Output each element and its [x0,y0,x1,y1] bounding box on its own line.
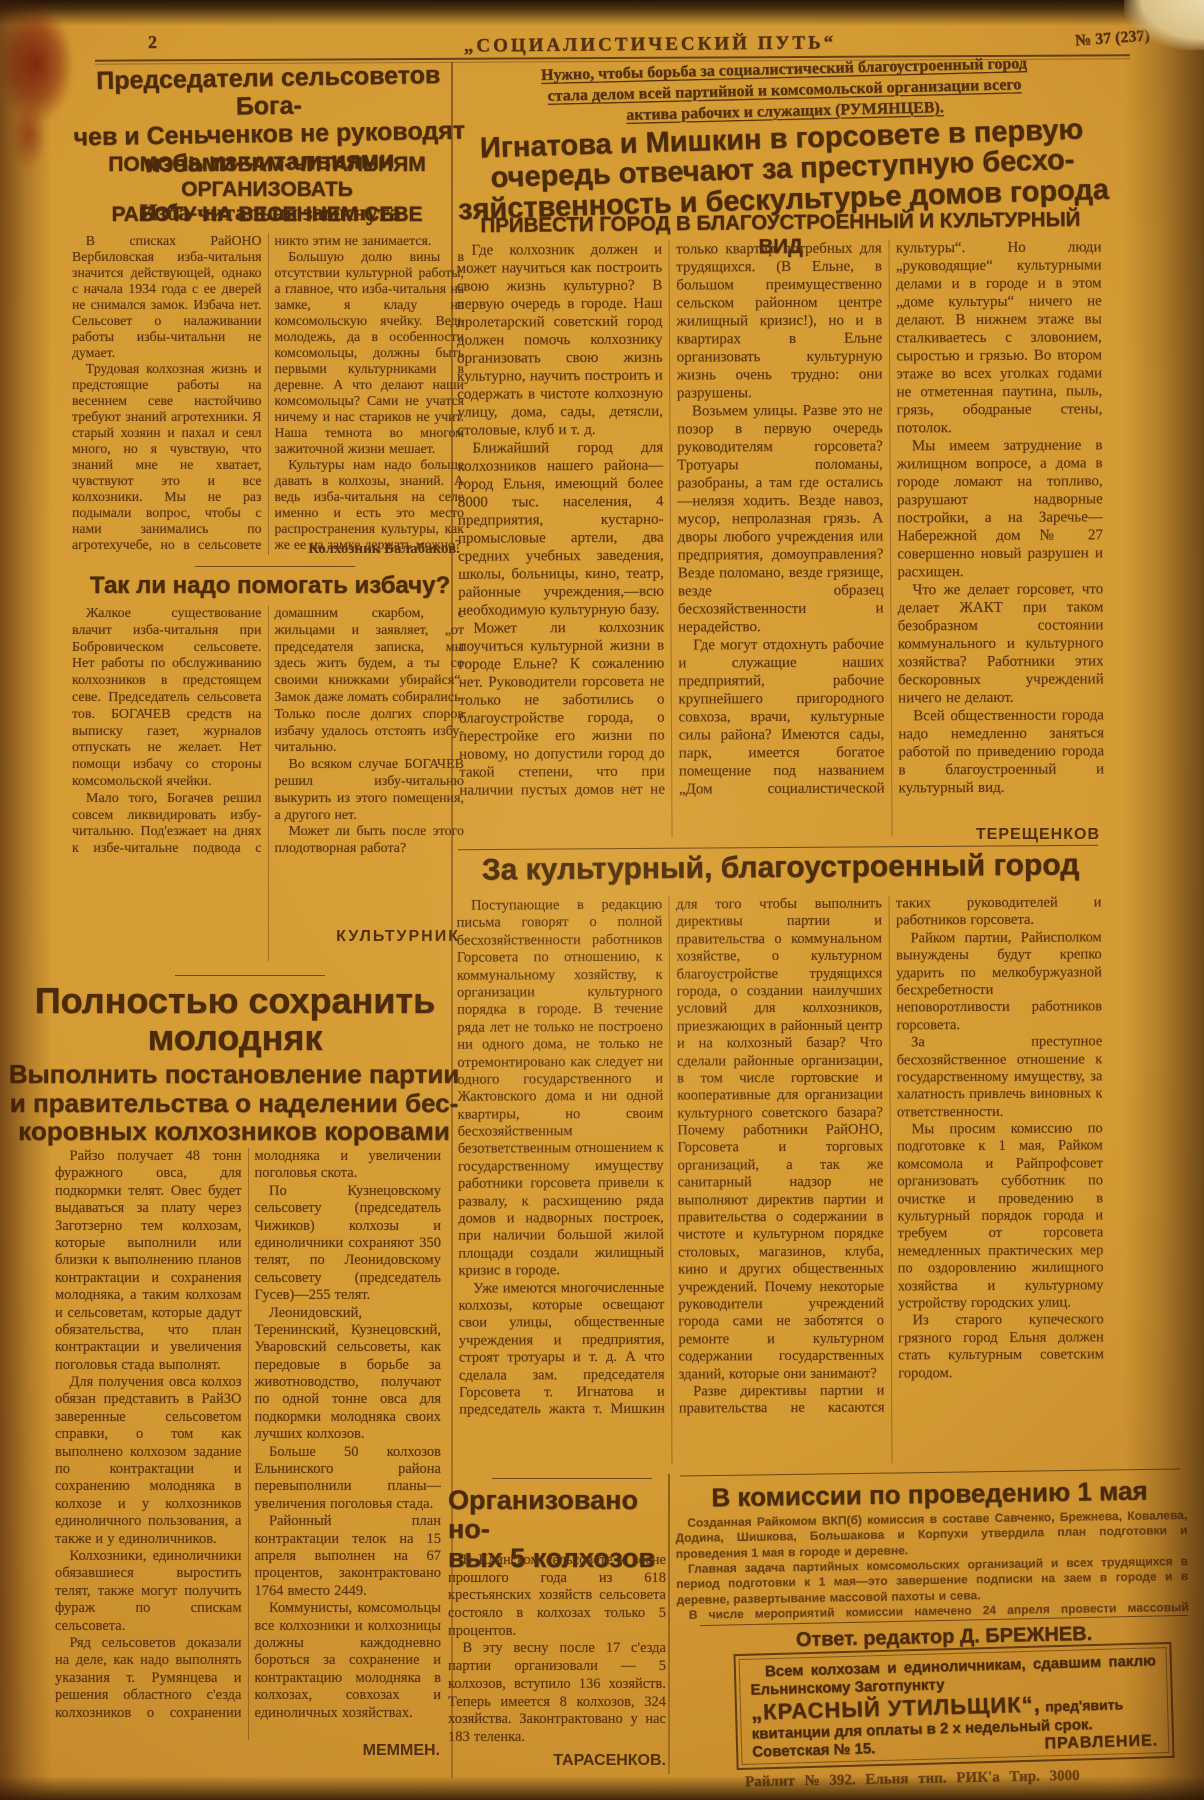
article-gorod-signature: ТЕРЕЩЕНКОВ [930,826,1100,844]
article-kultgorod-title: За культурный, благоустроенный город [458,848,1103,888]
article-kolhozy-signature: ТАРАСЕНКОВ. [516,1752,666,1770]
article-molodnyak-body: Райзо получает 48 тонн фуражного овса, д… [55,1148,441,1740]
kolhozy-rule [492,1478,652,1479]
article-kolhozy-body: В Клинском сельсовете к весне прошлого г… [448,1552,666,1750]
masthead-title: „СОЦИАЛИСТИЧЕСКИЙ ПУТЬ“ [400,32,900,58]
newspaper-page: 2 „СОЦИАЛИСТИЧЕСКИЙ ПУТЬ“ № 37 (237) Пре… [0,0,1204,1800]
issue-number: № 37 (237) [1075,23,1204,50]
column-divider-bottom [668,1474,670,1774]
article-kultgorod-body: Поступающие в редакцию письма говорят о … [457,894,1105,1465]
article-izbach-signature: КУЛЬТУРНИК [270,928,460,946]
imprint-line: Райлит № 392. Ельня тип. РИК'а Тир. 3000 [745,1766,1185,1791]
article-molodnyak-subtitle: Выполнить постановление партии и правите… [8,1060,460,1146]
top-edge-shadow [0,0,1204,26]
molodnyak-rule [175,975,325,976]
article-izba-signature: Колхозник Балабаков. [245,541,460,558]
article-comission-title: В комиссии по проведению 1 мая [672,1475,1187,1514]
ad-brand-suffix: пред'явить [1045,1696,1123,1714]
article-molodnyak-title: Полностью сохранить молодняк [15,982,455,1057]
article-gorod-body: Где колхозник должен и может научиться к… [456,238,1104,838]
article-izba-body: В списках РайОНО Вербиловская изба-читал… [72,233,464,555]
article-izba-title: Изба-читальня замкнута [75,200,465,226]
ad-line3: Советская № 15. [752,1740,876,1760]
article-molodnyak-signature: МЕММЕН. [250,1742,440,1760]
red-stain-left [6,90,52,180]
article-comission-body: Созданная Райкомом ВКП(б) комиссия в сос… [675,1508,1189,1622]
left-edge-shadow [0,0,52,1800]
ad-box: Всем колхозам и единоличникам, сдавшим п… [733,1642,1174,1770]
article-izbach-body: Жалкое существование влачит изба-читальн… [72,606,464,961]
page-number: 2 [148,32,157,53]
article-izbach-title: Так ли надо помогать избачу? [75,572,465,600]
izbach-rule [195,566,355,567]
ad-signature: ПРАВЛЕНИЕ. [1044,1732,1158,1753]
